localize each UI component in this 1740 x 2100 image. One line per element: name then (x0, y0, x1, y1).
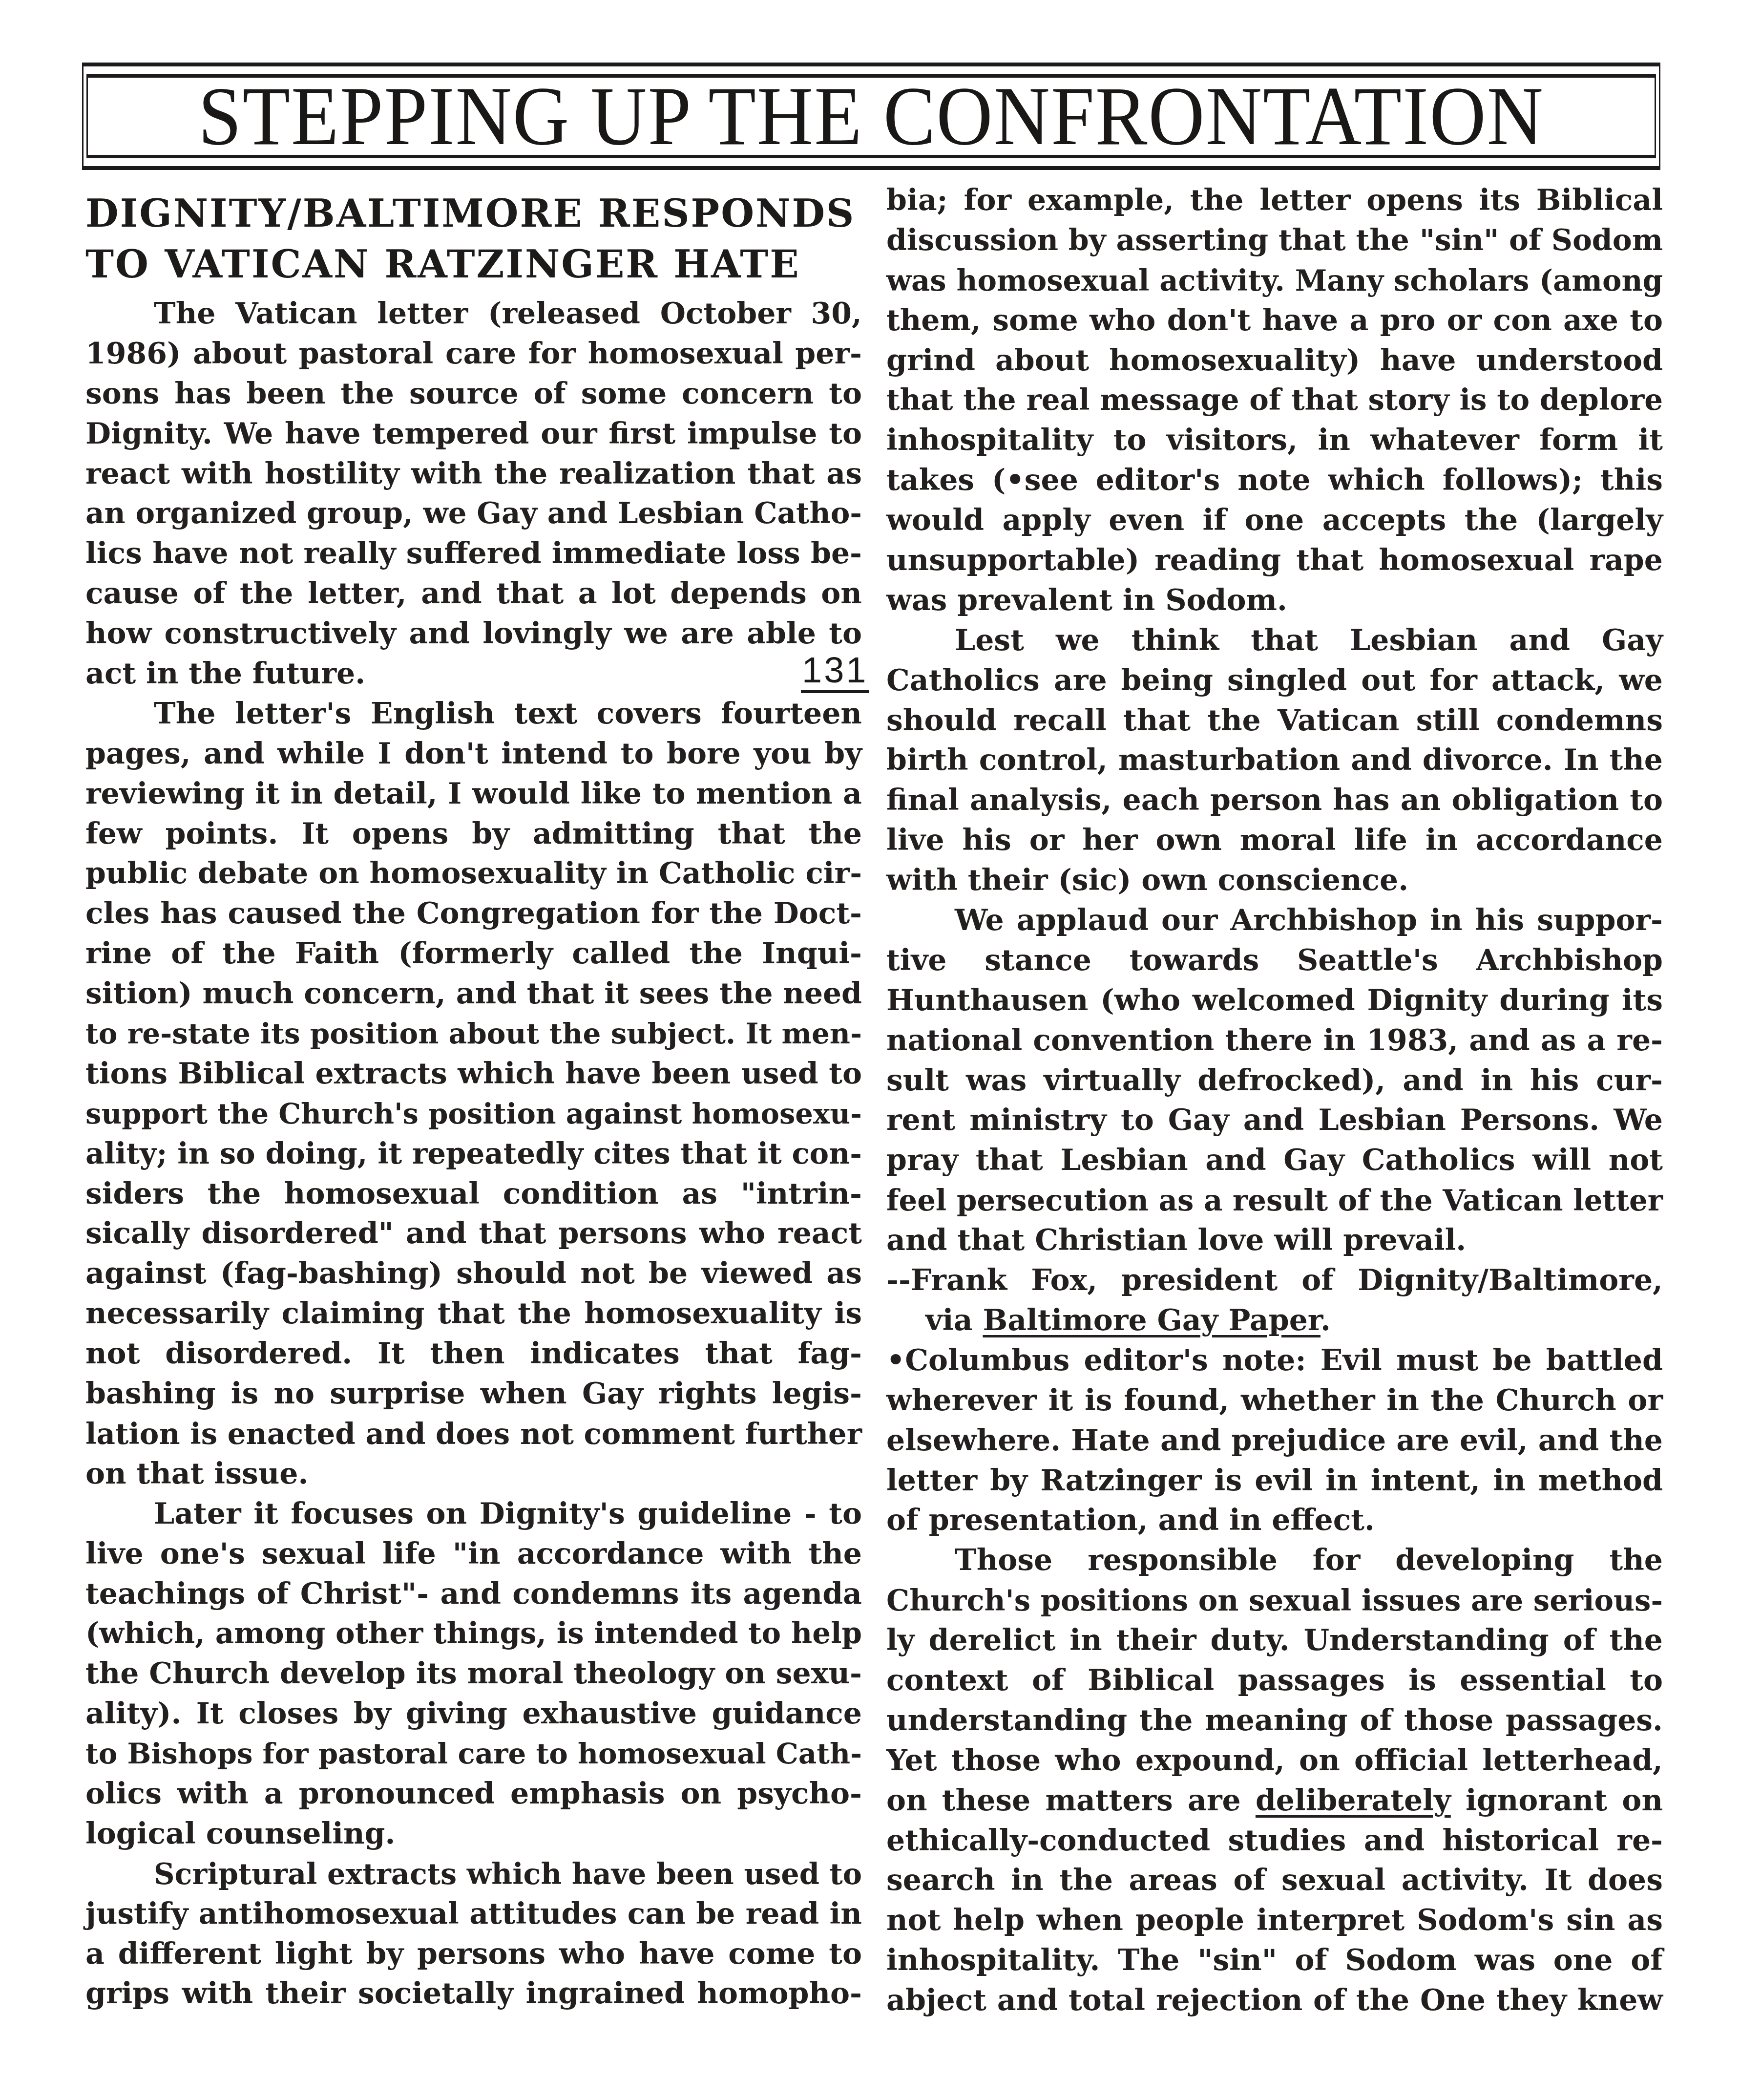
body-line: sically disordered" and that persons who… (85, 1214, 862, 1254)
article-headline-line-1: DIGNITY/BALTIMORE RESPONDS (85, 189, 862, 239)
body-line: abject and total rejection of the One th… (886, 1981, 1663, 2021)
body-line: (which, among other things, is intended … (85, 1614, 862, 1654)
body-line: was prevalent in Sodom. (886, 581, 1663, 621)
body-line: lics have not really suffered immediate … (85, 534, 862, 574)
editor-note-line: •Columbus editor's note: Evil must be ba… (886, 1341, 1663, 1381)
body-line: national convention there in 1983, and a… (886, 1021, 1663, 1061)
body-line: unsupportable) reading that homosexual r… (886, 541, 1663, 581)
body-line: tive stance towards Seattle's Archbishop (886, 941, 1663, 981)
body-line: ality). It closes by giving exhaustive g… (85, 1694, 862, 1734)
body-line: live one's sexual life "in accordance wi… (85, 1534, 862, 1574)
body-line: search in the areas of sexual activity. … (886, 1861, 1663, 1901)
body-line: inhospitality. The "sin" of Sodom was on… (886, 1941, 1663, 1981)
body-line: rent ministry to Gay and Lesbian Persons… (886, 1101, 1663, 1141)
body-line: on that issue. (85, 1454, 862, 1494)
body-line: ly derelict in their duty. Understanding… (886, 1621, 1663, 1661)
body-line: cause of the letter, and that a lot depe… (85, 574, 862, 614)
body-line: sition) much concern, and that it sees t… (85, 974, 862, 1014)
body-line: discussion by asserting that the "sin" o… (886, 221, 1663, 261)
body-line: to Bishops for pastoral care to homosexu… (85, 1734, 862, 1774)
body-line: few points. It opens by admitting that t… (85, 814, 862, 854)
body-line: to re-state its position about the subje… (85, 1014, 862, 1054)
body-line: ality; in so doing, it repeatedly cites … (85, 1134, 862, 1174)
body-line: Church's positions on sexual issues are … (886, 1581, 1663, 1621)
body-line: logical counseling. (85, 1814, 862, 1854)
source-line: via Baltimore Gay Paper. (886, 1301, 1663, 1341)
body-line: context of Biblical passages is essentia… (886, 1661, 1663, 1701)
body-line: Those responsible for developing the (886, 1541, 1663, 1581)
body-line: takes (•see editor's note which follows)… (886, 461, 1663, 501)
body-line: would apply even if one accepts the (lar… (886, 501, 1663, 541)
page-title-frame: STEPPING UP THE CONFRONTATION (86, 74, 1656, 158)
body-line: reviewing it in detail, I would like to … (85, 774, 862, 814)
body-line: birth control, masturbation and divorce.… (886, 741, 1663, 781)
body-line: tions Biblical extracts which have been … (85, 1054, 862, 1094)
body-line: The letter's English text covers fourtee… (85, 694, 862, 734)
body-line: was homosexual activity. Many scholars (… (886, 261, 1663, 301)
body-line: Scriptural extracts which have been used… (85, 1854, 862, 1894)
body-line: necessarily claiming that the homosexual… (85, 1294, 862, 1334)
signature-line: --Frank Fox, president of Dignity/Baltim… (886, 1261, 1663, 1301)
body-line: teachings of Christ"- and condemns its a… (85, 1574, 862, 1614)
body-line: not help when people interpret Sodom's s… (886, 1901, 1663, 1941)
body-line: public debate on homosexuality in Cathol… (85, 854, 862, 894)
body-line: sult was virtually defrocked), and in hi… (886, 1061, 1663, 1101)
body-line: how constructively and lovingly we are a… (85, 614, 862, 654)
body-line: with their (sic) own conscience. (886, 861, 1663, 901)
body-line: support the Church's position against ho… (85, 1094, 862, 1134)
body-line: act in the future. (85, 654, 862, 694)
body-line: bashing is no surprise when Gay rights l… (85, 1374, 862, 1414)
body-line: cles has caused the Congregation for the… (85, 894, 862, 934)
source-prefix: via (925, 1303, 983, 1337)
body-line: pray that Lesbian and Gay Catholics will… (886, 1141, 1663, 1181)
body-line: against (fag-bashing) should not be view… (85, 1254, 862, 1294)
body-line: pages, and while I don't intend to bore … (85, 734, 862, 774)
body-line: Dignity. We have tempered our first impu… (85, 414, 862, 454)
body-line: sons has been the source of some concern… (85, 374, 862, 414)
body-line: Hunthausen (who welcomed Dignity during … (886, 981, 1663, 1021)
body-line: that the real message of that story is t… (886, 381, 1663, 421)
body-line: rine of the Faith (formerly called the I… (85, 934, 862, 974)
body-line: a different light by persons who have co… (85, 1934, 862, 1974)
underlined-word: deliberately (1256, 1783, 1451, 1818)
body-line: live his or her own moral life in accord… (886, 821, 1663, 861)
body-line: inhospitality to visitors, in whatever f… (886, 421, 1663, 461)
body-line: 1986) about pastoral care for homosexual… (85, 334, 862, 374)
line-prefix: on these matters are (886, 1783, 1256, 1818)
source-suffix: . (1321, 1303, 1331, 1337)
body-line: understanding the meaning of those passa… (886, 1701, 1663, 1741)
body-line: ethically-conducted studies and historic… (886, 1821, 1663, 1861)
right-column: bia; for example, the letter opens its B… (886, 181, 1663, 2021)
body-line: bia; for example, the letter opens its B… (886, 181, 1663, 221)
body-line: Catholics are being singled out for atta… (886, 661, 1663, 701)
body-line: The Vatican letter (released October 30, (85, 294, 862, 334)
body-line: grind about homosexuality) have understo… (886, 341, 1663, 381)
body-line: should recall that the Vatican still con… (886, 701, 1663, 741)
body-line: an organized group, we Gay and Lesbian C… (85, 494, 862, 534)
body-line: on these matters are deliberately ignora… (886, 1781, 1663, 1821)
body-line: feel persecution as a result of the Vati… (886, 1181, 1663, 1221)
body-line: not disordered. It then indicates that f… (85, 1334, 862, 1374)
body-line: letter by Ratzinger is evil in intent, i… (886, 1461, 1663, 1501)
page-number: 131 (801, 652, 869, 693)
body-line: them, some who don't have a pro or con a… (886, 301, 1663, 341)
body-line: Lest we think that Lesbian and Gay (886, 621, 1663, 661)
body-line: elsewhere. Hate and prejudice are evil, … (886, 1421, 1663, 1461)
body-line: final analysis, each person has an oblig… (886, 781, 1663, 821)
body-line: Yet those who expound, on official lette… (886, 1741, 1663, 1781)
body-line: Later it focuses on Dignity's guideline … (85, 1494, 862, 1534)
body-line: and that Christian love will prevail. (886, 1221, 1663, 1261)
body-line: lation is enacted and does not comment f… (85, 1414, 862, 1454)
body-line: We applaud our Archbishop in his suppor- (886, 901, 1663, 941)
body-line: the Church develop its moral theology on… (85, 1654, 862, 1694)
body-line: justify antihomosexual attitudes can be … (85, 1894, 862, 1934)
body-line: siders the homosexual condition as "intr… (85, 1174, 862, 1214)
source-publication: Baltimore Gay Paper (983, 1303, 1321, 1337)
article-headline-line-2: TO VATICAN RATZINGER HATE (85, 239, 862, 290)
page-title: STEPPING UP THE CONFRONTATION (198, 74, 1544, 158)
left-column: DIGNITY/BALTIMORE RESPONDS TO VATICAN RA… (85, 189, 862, 2014)
body-line: of presentation, and in effect. (886, 1501, 1663, 1541)
body-line: wherever it is found, whether in the Chu… (886, 1381, 1663, 1421)
page-title-box: STEPPING UP THE CONFRONTATION (82, 63, 1660, 170)
body-line: react with hostility with the realizatio… (85, 454, 862, 494)
line-suffix: ignorant on (1451, 1783, 1663, 1818)
body-line: grips with their societally ingrained ho… (85, 1974, 862, 2014)
body-line: olics with a pronounced emphasis on psyc… (85, 1774, 862, 1814)
